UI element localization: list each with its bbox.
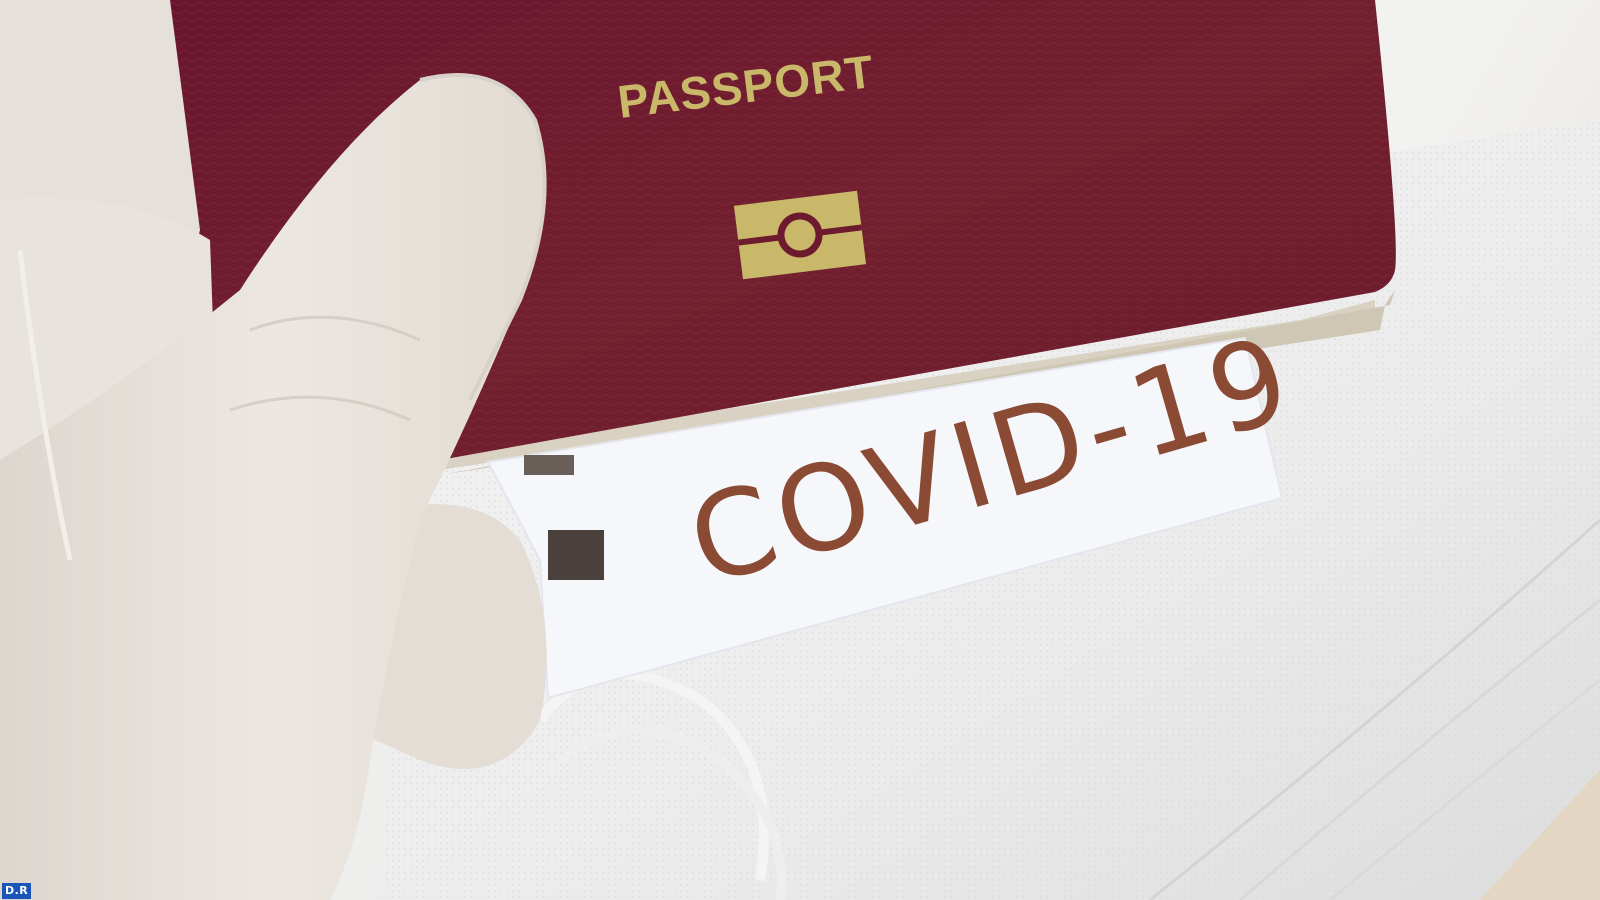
biometric-chip-icon (734, 191, 866, 280)
photo-scene: PASSPORT COVID-19 (0, 0, 1600, 900)
photo-credit-badge: D.R (2, 883, 31, 899)
